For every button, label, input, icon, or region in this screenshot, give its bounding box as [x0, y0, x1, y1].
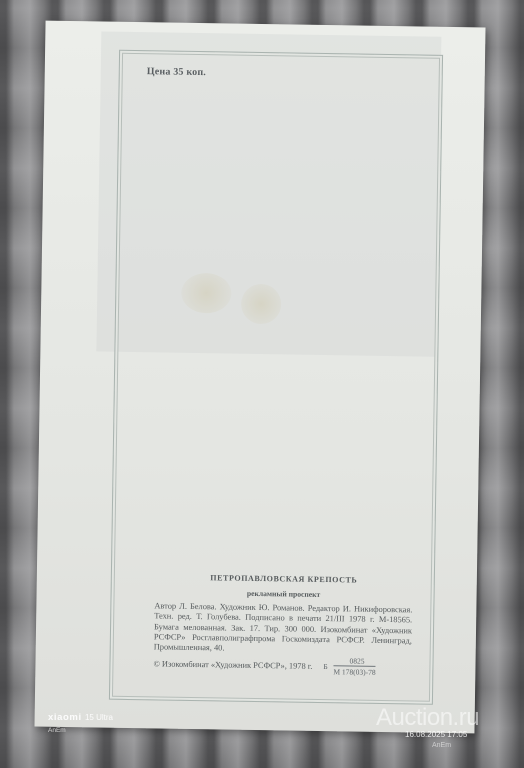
catalog-numerator: 0825 — [349, 656, 364, 665]
camera-watermark: xiaomi 15 Ultra — [48, 712, 113, 723]
photo-datetime: 16.08.2025 17:05 — [405, 730, 467, 739]
imprint-block: ПЕТРОПАВЛОВСКАЯ КРЕПОСТЬ рекламный просп… — [153, 572, 412, 673]
catalog-denominator: М 178(03)-78 — [333, 665, 375, 677]
phone-brand: xiaomi — [48, 712, 82, 723]
photo-author: AnEm — [48, 727, 66, 734]
imprint-subtitle: рекламный проспект — [155, 588, 413, 602]
price-label: Цена 35 коп. — [147, 66, 206, 78]
catalog-letter: Б — [323, 662, 327, 671]
photo-author-right: AnEm — [432, 742, 451, 749]
catalog-index: Б 0825 М 178(03)-78 — [323, 665, 375, 677]
phone-model: 15 Ultra — [85, 713, 113, 722]
imprint-credits: Автор Л. Белова. Художник Ю. Романов. Ре… — [154, 601, 413, 657]
brochure-page: Цена 35 коп. ПЕТРОПАВЛОВСКАЯ КРЕПОСТЬ ре… — [34, 21, 485, 734]
site-watermark: Auction.ru — [376, 704, 479, 732]
